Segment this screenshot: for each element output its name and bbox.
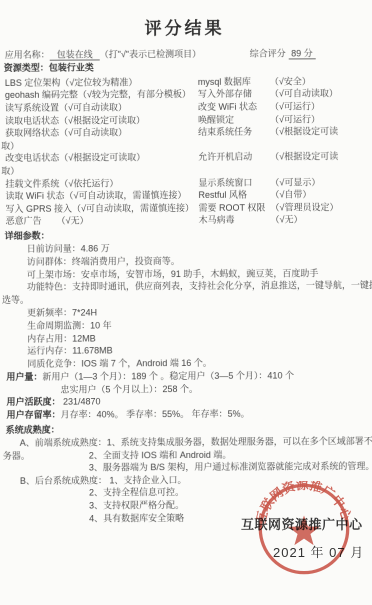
permission-name-right: 结束系统任务 (198, 126, 270, 139)
user-stats-section: 用户量：新用户（1—3 个月）：189 个 。稳定用户（3—5 个月）：410 … (0, 369, 372, 422)
app-name-label: 应用名称： (5, 50, 50, 60)
permission-name-left: 获取网络状态 (5, 127, 59, 140)
permission-right-column: 写入外部存储（√可自动读取） (198, 88, 338, 101)
permission-result-left: （√可自动读取） (59, 102, 127, 112)
permission-result-right: （√根据设定可读 (270, 152, 338, 162)
document-page: 评分结果 应用名称：包装在线（打"√"表示已检测项目） 综合评分 89 分 资源… (0, 0, 372, 605)
app-meta-line: 应用名称：包装在线（打"√"表示已检测项目） 综合评分 89 分 (0, 47, 371, 62)
maturity-text: 2、支持全程信息可控。 (89, 487, 184, 497)
permission-result-left: （√可自动读取，需谨慎连接） (64, 190, 186, 201)
app-name-value: 包装在线 (50, 49, 100, 60)
permission-result-left: （√根据设定可读取） (59, 153, 145, 163)
detail-text: 可上架市场：安卓市场，安智市场，91 助手，木蚂蚁，豌豆荚，百度助手 (27, 268, 319, 280)
permission-name-right: 改变 WiFi 状态 (198, 101, 270, 114)
permission-name-right: 显示系统窗口 (198, 176, 270, 189)
maturity-text: 3、支持权限严格分配。 (89, 500, 184, 510)
permission-result-left: （√无） (57, 216, 89, 226)
permission-right-column: mysql 数据库（√安全） (198, 75, 311, 88)
check-note: （打"√"表示已检测项目） (100, 49, 201, 60)
permission-result-left: （√定位较为精准） (60, 77, 137, 87)
permission-name-right: 允许开机启动 (198, 151, 270, 164)
maturity-text: 2、全面支持 IOS 端和 Android 端。 (89, 449, 232, 460)
detail-text: 同质化竞争：IOS 端 7 个，Android 端 16 个。 (27, 358, 212, 369)
permission-result-left: （√可自动读取） (59, 127, 127, 137)
permission-name-left: 恶意广告 (6, 215, 57, 228)
permission-right-column: 允许开机启动（√根据设定可读 (198, 151, 338, 164)
permission-result-left: （√较为完整，有部分模板） (78, 89, 191, 100)
permission-result-right: （√管理员设定） (270, 202, 338, 212)
permission-right-column: 改变 WiFi 状态（√可运行） (198, 100, 320, 113)
wrapped-text: 取） (1, 141, 19, 151)
permission-result-right: （√可自动读取） (270, 89, 338, 99)
permission-name-left: 挂载文件系统 (5, 177, 59, 190)
score-value: 89 分 (288, 48, 316, 59)
permission-name-right: 需要 ROOT 权限 (198, 201, 270, 214)
permission-result-right: （√根据设定可读 (270, 126, 338, 136)
user-stat-label: 用户量： (6, 372, 42, 382)
permission-name-left: 读写系统设置 (5, 102, 59, 115)
permission-result-right: （√安全） (270, 76, 311, 86)
permissions-section: LBS 定位架构（√定位较为精准）mysql 数据库（√安全） geohash … (0, 75, 372, 228)
detail-line: 功能特色：支持即时通讯，供应商列表，支持社会化分享，消息推送，一键导航，一键拨号… (0, 279, 372, 294)
permission-name-left: 读取 WiFi 状态 (5, 190, 64, 203)
user-stat-line: 用户存留率：月存率：40%。 季存率：55%。 年存率：5%。 (1, 407, 372, 422)
score-label: 综合评分 (250, 48, 286, 58)
user-stat-value: 新用户（1—3 个月）：189 个 。稳定用户（3—5 个月）：410 个 (42, 370, 294, 381)
maturity-text: 4、具有数据库安全策略 (89, 513, 184, 523)
user-stat-value: 231/4870 (61, 397, 101, 407)
permission-name-left: 写入 GPRS 接入 (5, 202, 72, 215)
permission-result-left: （√依托运行） (59, 178, 118, 188)
permission-name-left: geohash 编码完整 (5, 89, 78, 102)
details-section: 日前访问量：4.86 万 访问群体：终端消费用户，投资商等。 可上架市场：安卓市… (0, 241, 372, 371)
user-stat-label: 用户活跃度： (6, 397, 60, 407)
permission-result-left: （√根据设定可读取） (59, 115, 145, 125)
page-title: 评分结果 (0, 13, 371, 40)
permission-result-right: （√可运行） (270, 114, 320, 124)
maturity-text: B、后台系统成熟度： 1、支持企业入口。 (20, 475, 187, 486)
user-stat-value: 忠实用户（5 个月以上）：258 个。 (60, 384, 198, 395)
permission-result-right: （√自带） (270, 189, 311, 199)
permission-name-right: 写入外部存储 (198, 88, 270, 101)
detail-text: 生命周期监测：10 年 (27, 320, 112, 330)
overall-score: 综合评分 89 分 (250, 47, 316, 60)
permission-name-right: 唤醒锁定 (198, 113, 270, 126)
permission-result-right: （√无） (271, 215, 303, 225)
permission-right-column: 唤醒锁定（√可运行） (198, 113, 320, 126)
wrapped-text: 取） (1, 166, 19, 176)
permission-right-column: 木马病毒（√无） (199, 214, 303, 227)
user-stat-value: 月存率：40%。 季存率：55%。 年存率：5%。 (61, 409, 250, 420)
permission-right-column: 结束系统任务（√根据设定可读 (198, 125, 338, 138)
detail-text: 访问群体：终端消费用户，投资商等。 (27, 256, 180, 267)
permission-right-column: 需要 ROOT 权限（√管理员设定） (198, 201, 338, 214)
permission-right-column: Restful 风格（√自带） (198, 188, 311, 201)
permission-right-column: 显示系统窗口（√可显示） (198, 176, 320, 189)
detail-text: 功能特色：支持即时通讯，供应商列表，支持社会化分享，消息推送，一键导航，一键拨号… (27, 280, 372, 292)
detail-text: 选等。 (2, 295, 29, 305)
permission-name-left: LBS 定位架构 (5, 76, 61, 89)
permission-name-right: 木马病毒 (199, 214, 271, 227)
detail-text: 日前访问量：4.86 万 (27, 243, 110, 253)
stamp-star-icon (288, 516, 319, 546)
detail-text: 更新频率：7*24H (27, 307, 97, 317)
permission-name-right: mysql 数据库 (198, 75, 270, 88)
permission-name-left: 改变电话状态 (5, 152, 59, 165)
maturity-text: A、前端系统成熟度：1、系统支持集成服务器，数据处理服务器，可以在多个区域部署不… (20, 436, 372, 448)
permission-result-right: （√可运行） (270, 101, 320, 111)
maturity-text: 3、服务器端为 B/S 架构，用户通过标准浏览器就能完成对系统的管理。 (89, 461, 372, 472)
official-seal-stamp-icon: 互联网资源推广中心 (256, 481, 352, 577)
permission-name-left: 读取电话状态 (5, 114, 59, 127)
permission-result-right: （√可显示） (270, 177, 320, 187)
permission-result-left: （√可自动读取，需谨慎连接） (72, 203, 194, 214)
resource-type-line: 资源类型：包装行业类 (0, 60, 371, 75)
user-stat-label: 用户存留率： (7, 410, 61, 420)
wrapped-text: 务器。 (3, 449, 30, 462)
permission-row: 恶意广告（√无）木马病毒（√无） (0, 213, 372, 228)
detail-text: 运行内存：11.678MB (27, 346, 112, 356)
detail-text: 内存占用：12MB (27, 333, 96, 343)
permission-name-right: Restful 风格 (198, 189, 270, 202)
